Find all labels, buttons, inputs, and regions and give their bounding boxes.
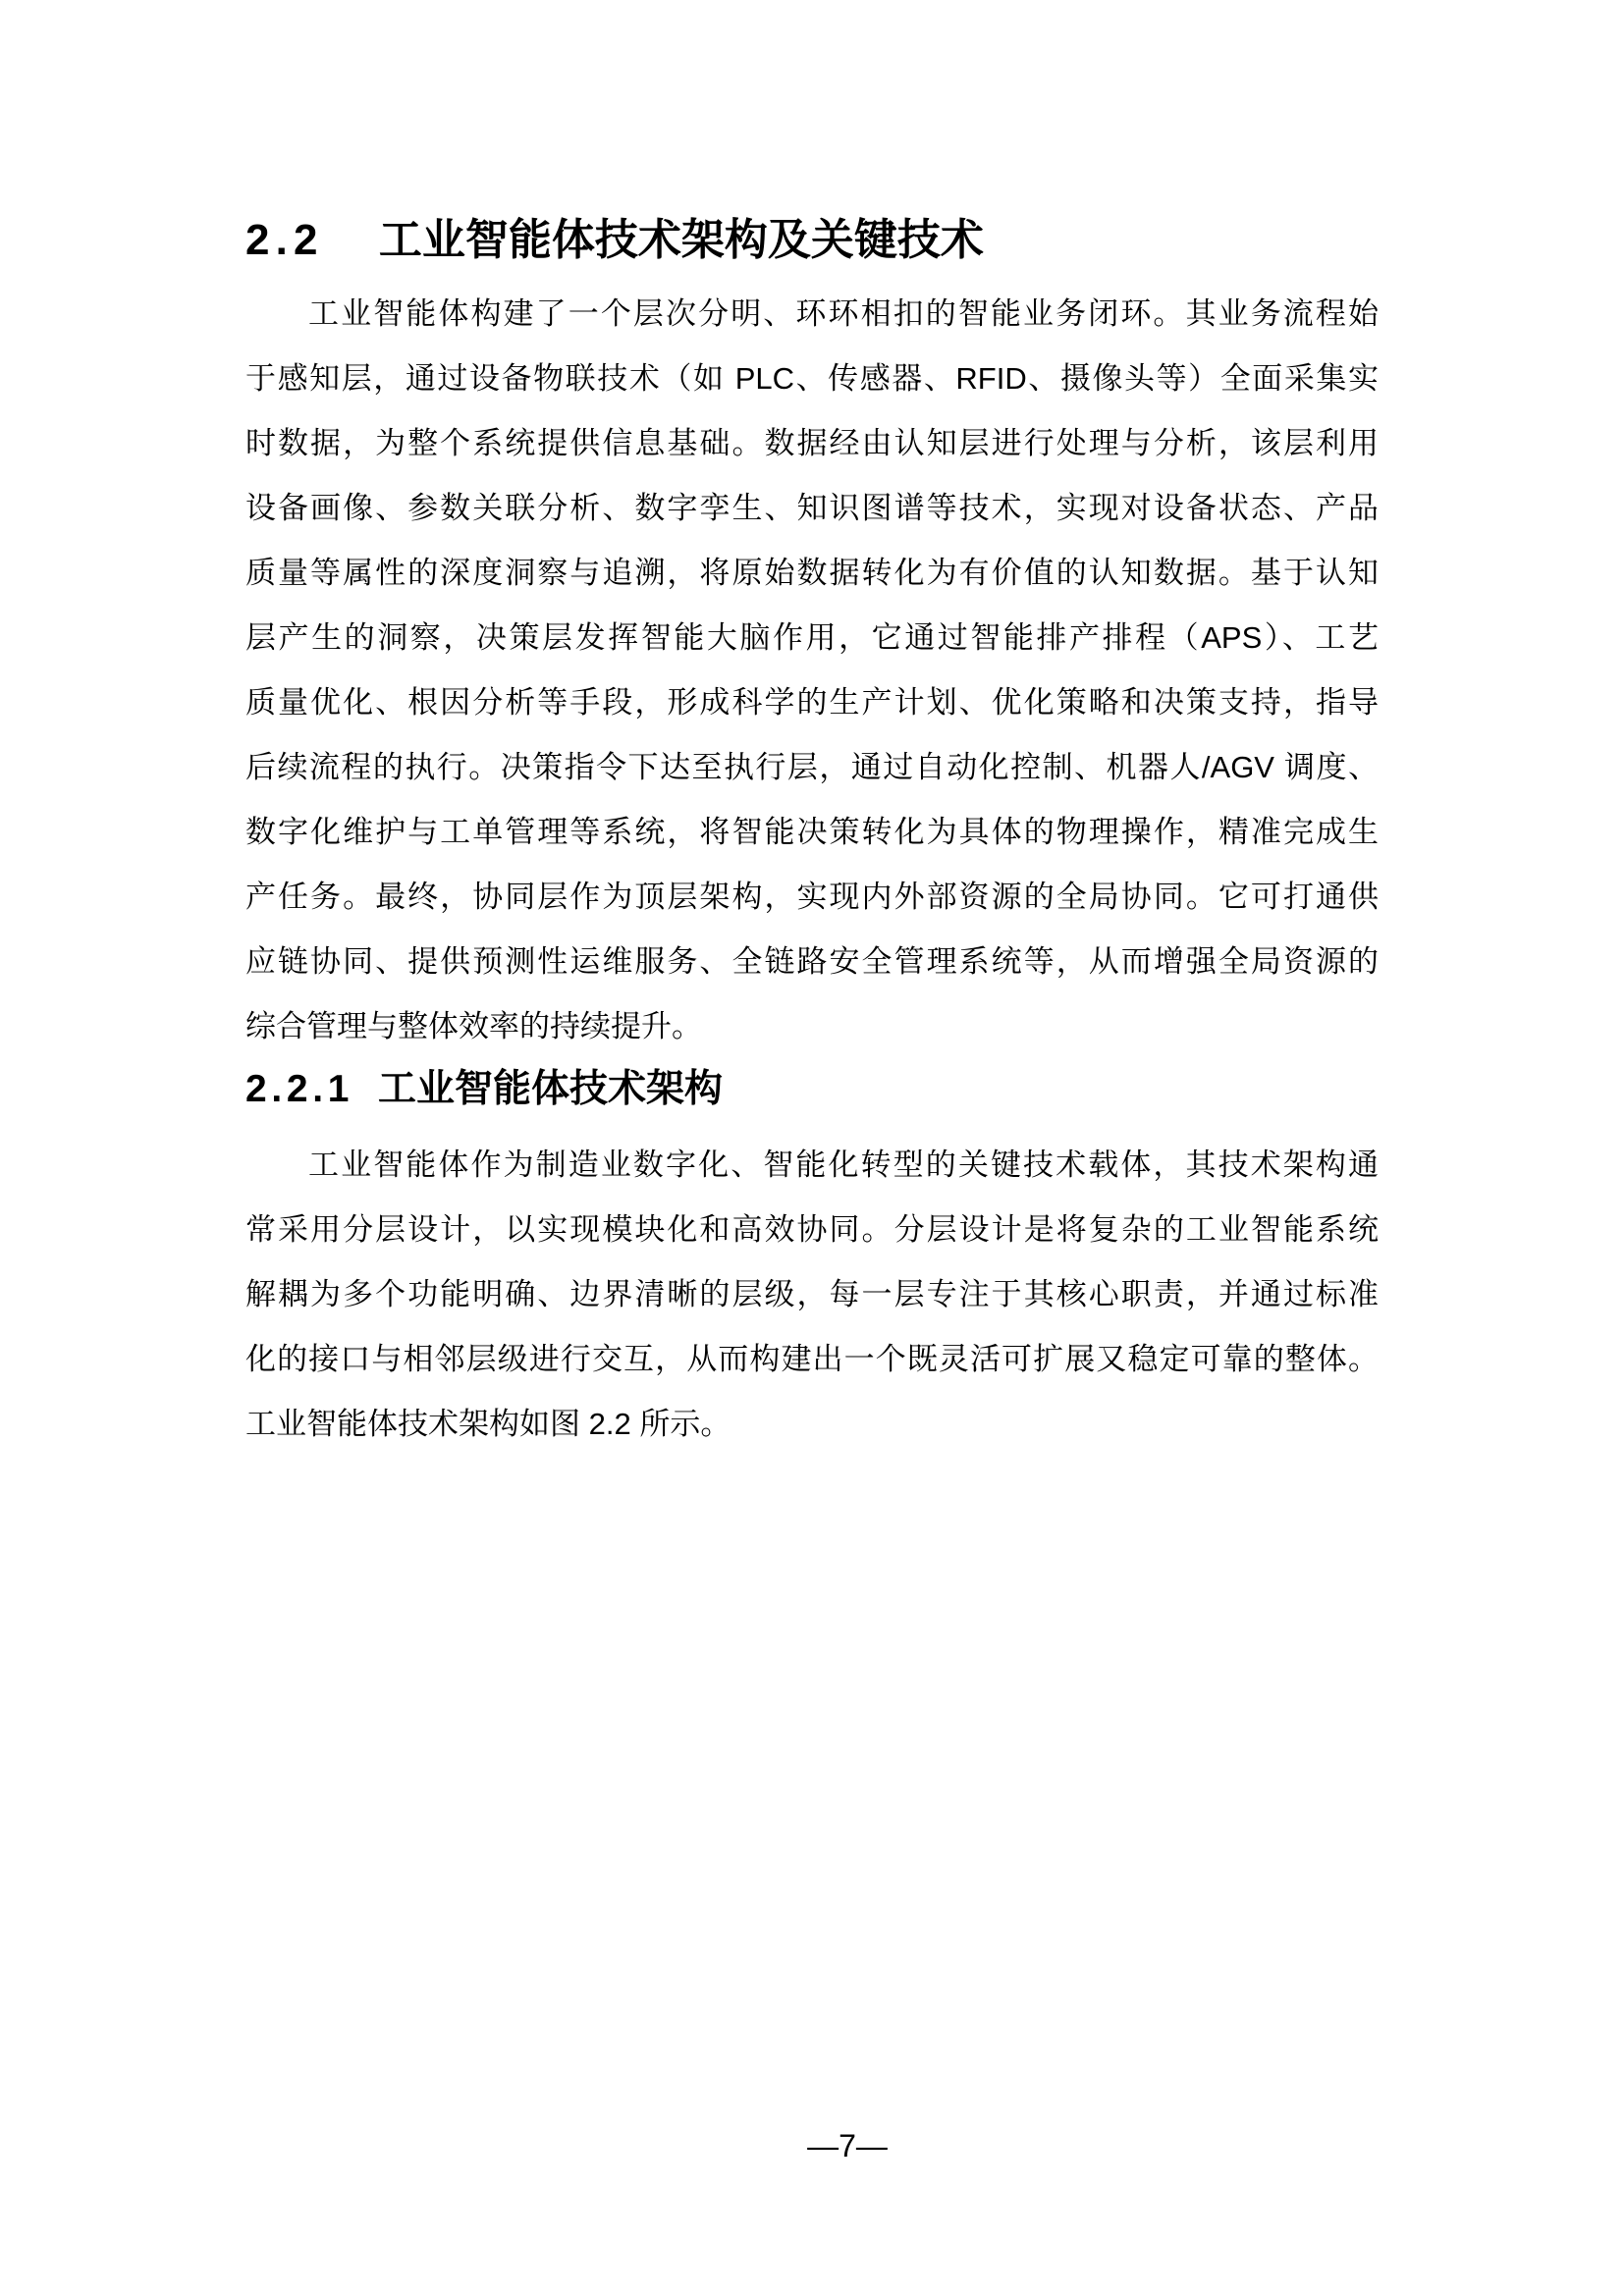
section-heading: 2.2 工业智能体技术架构及关键技术 xyxy=(245,0,1379,263)
text-line: 常采用分层设计，以实现模块化和高效协同。分层设计是将复杂的工业智能系统 xyxy=(245,1198,1379,1262)
subsection-number: 2.2.1 xyxy=(245,1068,353,1110)
text-line: 层产生的洞察，决策层发挥智能大脑作用，它通过智能排产排程（APS）、工艺 xyxy=(245,606,1379,670)
text-line: 质量优化、根因分析等手段，形成科学的生产计划、优化策略和决策支持，指导 xyxy=(245,670,1379,735)
text-line: 化的接口与相邻层级进行交互，从而构建出一个既灵活可扩展又稳定可靠的整体。 xyxy=(245,1327,1379,1392)
section-number: 2.2 xyxy=(245,216,324,264)
document-page: 2.2 工业智能体技术架构及关键技术 工业智能体构建了一个层次分明、环环相扣的智… xyxy=(0,0,1624,2296)
text-line: 时数据，为整个系统提供信息基础。数据经由认知层进行处理与分析，该层利用 xyxy=(245,411,1379,476)
text-line: 质量等属性的深度洞察与追溯，将原始数据转化为有价值的认知数据。基于认知 xyxy=(245,541,1379,606)
text-line: 数字化维护与工单管理等系统，将智能决策转化为具体的物理操作，精准完成生 xyxy=(245,800,1379,865)
text-line: 后续流程的执行。决策指令下达至执行层，通过自动化控制、机器人/AGV 调度、 xyxy=(245,735,1379,800)
text-line: 设备画像、参数关联分析、数字孪生、知识图谱等技术，实现对设备状态、产品 xyxy=(245,476,1379,541)
text-line: 产任务。最终，协同层作为顶层架构，实现内外部资源的全局协同。它可打通供 xyxy=(245,865,1379,930)
text-line: 工业智能体技术架构如图 2.2 所示。 xyxy=(245,1392,1379,1457)
text-line: 于感知层，通过设备物联技术（如 PLC、传感器、RFID、摄像头等）全面采集实 xyxy=(245,347,1379,411)
paragraph-1: 工业智能体构建了一个层次分明、环环相扣的智能业务闭环。其业务流程始 于感知层，通… xyxy=(245,282,1379,1059)
text-line: 工业智能体构建了一个层次分明、环环相扣的智能业务闭环。其业务流程始 xyxy=(245,282,1379,347)
section-title: 工业智能体技术架构及关键技术 xyxy=(379,216,984,264)
text-line: 工业智能体作为制造业数字化、智能化转型的关键技术载体，其技术架构通 xyxy=(245,1133,1379,1198)
page-content: 2.2 工业智能体技术架构及关键技术 工业智能体构建了一个层次分明、环环相扣的智… xyxy=(245,0,1379,1457)
subsection-title: 工业智能体技术架构 xyxy=(378,1068,723,1110)
subsection-heading: 2.2.1 工业智能体技术架构 xyxy=(245,1066,1379,1113)
text-line: 应链协同、提供预测性运维服务、全链路安全管理系统等，从而增强全局资源的 xyxy=(245,930,1379,994)
text-line: 综合管理与整体效率的持续提升。 xyxy=(245,994,1379,1059)
paragraph-2: 工业智能体作为制造业数字化、智能化转型的关键技术载体，其技术架构通 常采用分层设… xyxy=(245,1133,1379,1457)
text-line: 解耦为多个功能明确、边界清晰的层级，每一层专注于其核心职责，并通过标准 xyxy=(245,1262,1379,1327)
page-number: —7— xyxy=(35,2126,1624,2165)
